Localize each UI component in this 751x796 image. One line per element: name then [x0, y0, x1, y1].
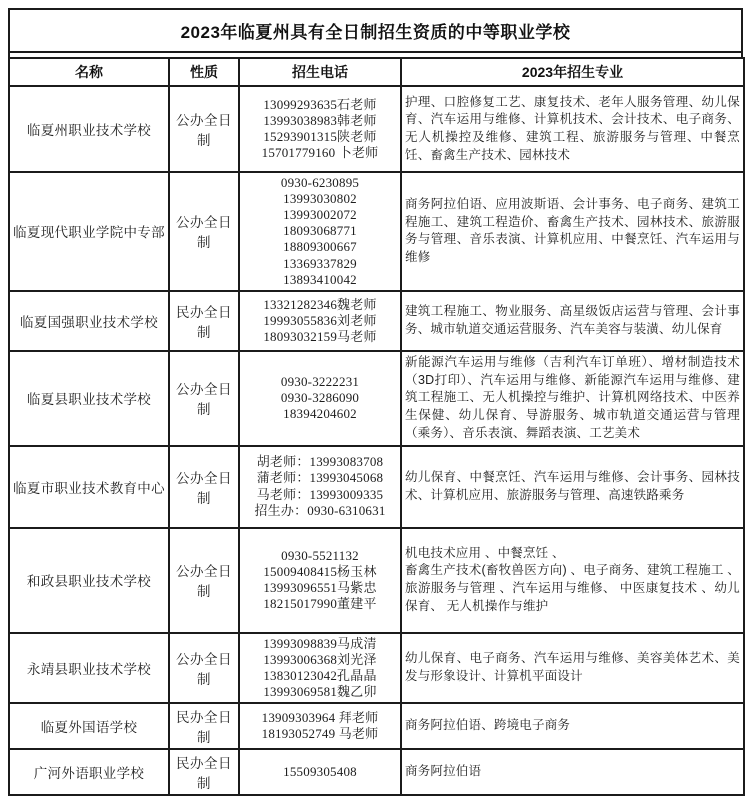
table-row: 临夏现代职业学院中专部 公办全日制 0930-6230895 139930308… [9, 172, 744, 291]
phone-line: 18394204602 [243, 406, 397, 422]
phone-line: 13993030802 [243, 191, 397, 207]
phone-line: 18093032159马老师 [243, 329, 397, 345]
phone-list: 15509305408 [239, 749, 401, 795]
phone-list: 13909303964 拜老师 18193052749 马老师 [239, 703, 401, 749]
phone-list: 13099293635石老师 13993038983韩老师 1529390131… [239, 86, 401, 172]
phone-line: 0930-6230895 [243, 175, 397, 191]
school-nature: 公办全日制 [169, 633, 239, 703]
phone-line: 0930-3286090 [243, 390, 397, 406]
phone-list: 0930-6230895 13993030802 13993002072 180… [239, 172, 401, 291]
phone-line: 18809300667 [243, 239, 397, 255]
majors-text: 商务阿拉伯语、跨境电子商务 [401, 703, 744, 749]
majors-text: 幼儿保育、中餐烹饪、汽车运用与维修、会计事务、园林技术、计算机应用、旅游服务与管… [401, 446, 744, 528]
table-row: 临夏外国语学校 民办全日制 13909303964 拜老师 1819305274… [9, 703, 744, 749]
table-row: 临夏市职业技术教育中心 公办全日制 胡老师：13993083708 蒲老师：13… [9, 446, 744, 528]
page: 2023年临夏州具有全日制招生资质的中等职业学校 名称 性质 招生电话 2023… [0, 0, 751, 777]
phone-line: 胡老师：13993083708 [243, 454, 397, 470]
school-name: 广河外语职业学校 [9, 749, 169, 795]
phone-line: 13099293635石老师 [243, 97, 397, 113]
phone-list: 0930-5521132 15009408415杨玉林 13993096551马… [239, 528, 401, 633]
phone-line: 0930-5521132 [243, 548, 397, 564]
phone-line: 15509305408 [243, 764, 397, 780]
header-cell-majors: 2023年招生专业 [401, 58, 744, 86]
phone-line: 18093068771 [243, 223, 397, 239]
phone-line: 13993038983韩老师 [243, 113, 397, 129]
table-row: 和政县职业技术学校 公办全日制 0930-5521132 15009408415… [9, 528, 744, 633]
phone-list: 13993098839马成清 13993006368刘光泽 1383012304… [239, 633, 401, 703]
phone-line: 马老师：13993009335 [243, 487, 397, 503]
header-cell-nature: 性质 [169, 58, 239, 86]
majors-text: 商务阿拉伯语 [401, 749, 744, 795]
phone-line: 13993006368刘光泽 [243, 652, 397, 668]
phone-line: 13321282346魏老师 [243, 297, 397, 313]
phone-line: 13830123042孔晶晶 [243, 668, 397, 684]
phone-line: 蒲老师：13993045068 [243, 470, 397, 486]
majors-text: 护理、口腔修复工艺、康复技术、老年人服务管理、幼儿保育、汽车运用与维修、计算机技… [401, 86, 744, 172]
majors-text: 商务阿拉伯语、应用波斯语、会计事务、电子商务、建筑工程施工、建筑工程造价、畜禽生… [401, 172, 744, 291]
school-nature: 公办全日制 [169, 528, 239, 633]
phone-line: 0930-3222231 [243, 374, 397, 390]
phone-list: 0930-3222231 0930-3286090 18394204602 [239, 351, 401, 446]
school-name: 和政县职业技术学校 [9, 528, 169, 633]
phone-line: 13993002072 [243, 207, 397, 223]
table-row: 永靖县职业技术学校 公办全日制 13993098839马成清 139930063… [9, 633, 744, 703]
school-name: 临夏现代职业学院中专部 [9, 172, 169, 291]
header-cell-phone: 招生电话 [239, 58, 401, 86]
header-row: 名称 性质 招生电话 2023年招生专业 [9, 58, 744, 86]
phone-line: 15009408415杨玉林 [243, 564, 397, 580]
phone-line: 13993069581魏乙卯 [243, 684, 397, 700]
table-row: 广河外语职业学校 民办全日制 15509305408 商务阿拉伯语 [9, 749, 744, 795]
school-name: 临夏州职业技术学校 [9, 86, 169, 172]
school-nature: 公办全日制 [169, 86, 239, 172]
document-table: 2023年临夏州具有全日制招生资质的中等职业学校 名称 性质 招生电话 2023… [8, 8, 743, 796]
school-name: 临夏市职业技术教育中心 [9, 446, 169, 528]
schools-table: 名称 性质 招生电话 2023年招生专业 临夏州职业技术学校 公办全日制 130… [8, 57, 745, 796]
majors-text: 幼儿保育、电子商务、汽车运用与维修、美容美体艺术、美发与形象设计、计算机平面设计 [401, 633, 744, 703]
table-row: 临夏县职业技术学校 公办全日制 0930-3222231 0930-328609… [9, 351, 744, 446]
school-nature: 民办全日制 [169, 749, 239, 795]
phone-line: 18193052749 马老师 [243, 726, 397, 742]
phone-line: 13993098839马成清 [243, 636, 397, 652]
phone-line: 18215017990董建平 [243, 596, 397, 612]
school-nature: 公办全日制 [169, 351, 239, 446]
majors-text: 建筑工程施工、物业服务、高星级饭店运营与管理、会计事务、城市轨道交通运营服务、汽… [401, 291, 744, 351]
majors-text: 机电技术应用 、中餐烹饪 、 畜禽生产技术(畜牧兽医方向) 、电子商务、建筑工程… [401, 528, 744, 633]
table-row: 临夏州职业技术学校 公办全日制 13099293635石老师 139930389… [9, 86, 744, 172]
phone-line: 19993055836刘老师 [243, 313, 397, 329]
school-nature: 公办全日制 [169, 172, 239, 291]
school-name: 临夏县职业技术学校 [9, 351, 169, 446]
phone-line: 15701779160 卜老师 [243, 145, 397, 161]
phone-line: 13369337829 [243, 256, 397, 272]
phone-line: 13909303964 拜老师 [243, 710, 397, 726]
document-title: 2023年临夏州具有全日制招生资质的中等职业学校 [8, 8, 743, 53]
header-cell-name: 名称 [9, 58, 169, 86]
school-nature: 民办全日制 [169, 291, 239, 351]
table-row: 临夏国强职业技术学校 民办全日制 13321282346魏老师 19993055… [9, 291, 744, 351]
school-name: 临夏国强职业技术学校 [9, 291, 169, 351]
phone-line: 13993096551马紫忠 [243, 580, 397, 596]
school-nature: 公办全日制 [169, 446, 239, 528]
school-name: 临夏外国语学校 [9, 703, 169, 749]
majors-text: 新能源汽车运用与维修（吉利汽车订单班）、增材制造技术（3D打印）、汽车运用与维修… [401, 351, 744, 446]
phone-line: 13893410042 [243, 272, 397, 288]
phone-line: 15293901315陕老师 [243, 129, 397, 145]
phone-list: 胡老师：13993083708 蒲老师：13993045068 马老师：1399… [239, 446, 401, 528]
school-nature: 民办全日制 [169, 703, 239, 749]
school-name: 永靖县职业技术学校 [9, 633, 169, 703]
phone-line: 招生办：0930-6310631 [243, 503, 397, 519]
phone-list: 13321282346魏老师 19993055836刘老师 1809303215… [239, 291, 401, 351]
